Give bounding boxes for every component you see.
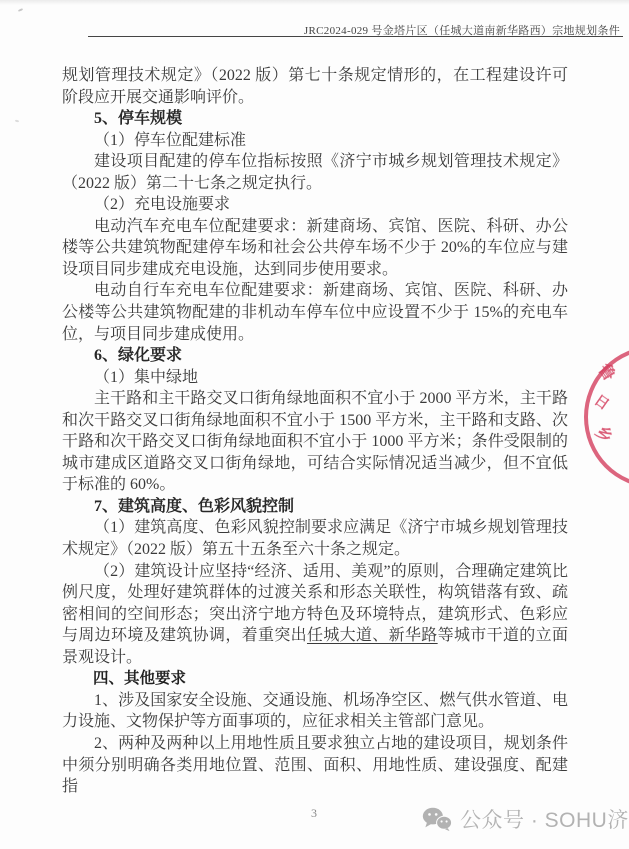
paragraph: 四、其他要求: [62, 668, 568, 690]
paragraph: 1、涉及国家安全设施、交通设施、机场净空区、燃气供水管道、电力设施、文物保护等方…: [62, 690, 568, 733]
watermark-text: 公众号 · SOHU济宁: [460, 804, 629, 834]
header-rule: [88, 36, 623, 37]
paragraph: （1）停车位配建标准: [62, 130, 568, 152]
paragraph: 6、绿化要求: [62, 345, 568, 367]
seal-glyph: 乡: [591, 420, 619, 448]
paragraph: 电动自行车充电车位配建要求：新建商场、宾馆、医院、科研、办公楼等公共建筑物配建的…: [62, 280, 568, 345]
paragraph: 电动汽车充电车位配建要求：新建商场、宾馆、医院、科研、办公楼等公共建筑物配建停车…: [62, 216, 568, 281]
paragraph: 7、建筑高度、色彩风貌控制: [62, 496, 568, 518]
scan-speck: [15, 120, 19, 123]
seal-glyph: 鲁: [594, 358, 622, 384]
paragraph: （1）建筑高度、色彩风貌控制要求应满足《济宁市城乡规划管理技术规定》（2022 …: [62, 517, 568, 560]
paragraph: （2）建筑设计应坚持“经济、适用、美观”的原则，合理确定建筑比例尺度，处理好建筑…: [62, 561, 568, 669]
paragraph: 5、停车规模: [62, 108, 568, 130]
paragraph: （1）集中绿地: [62, 367, 568, 389]
paragraph: 2、两种及两种以上用地性质且要求独立占地的建设项目，规划条件中须分别明确各类用地…: [62, 733, 568, 798]
watermark: 公众号 · SOHU济宁: [422, 804, 629, 834]
paragraph: 规划管理技术规定》（2022 版）第七十条规定情形的，在工程建设许可阶段应开展交…: [62, 65, 568, 108]
wechat-icon: [422, 806, 452, 832]
seal-ring: [584, 346, 629, 488]
document-body: 规划管理技术规定》（2022 版）第七十条规定情形的，在工程建设许可阶段应开展交…: [62, 65, 568, 798]
page-number: 3: [306, 806, 322, 821]
paragraph: 建设项目配建的停车位指标按照《济宁市城乡规划管理技术规定》（2022 版）第二十…: [62, 151, 568, 194]
paragraph: 主干路和主干路交叉口街角绿地面积不宜小于 2000 平方米，主干路和次干路交叉口…: [62, 388, 568, 496]
seal-glyph: 日: [591, 390, 614, 414]
document-page: JRC2024-029 号金塔片区（任城大道南新华路西）宗地规划条件 规划管理技…: [0, 0, 629, 849]
scan-speck: [18, 8, 23, 12]
paragraph: （2）充电设施要求: [62, 194, 568, 216]
